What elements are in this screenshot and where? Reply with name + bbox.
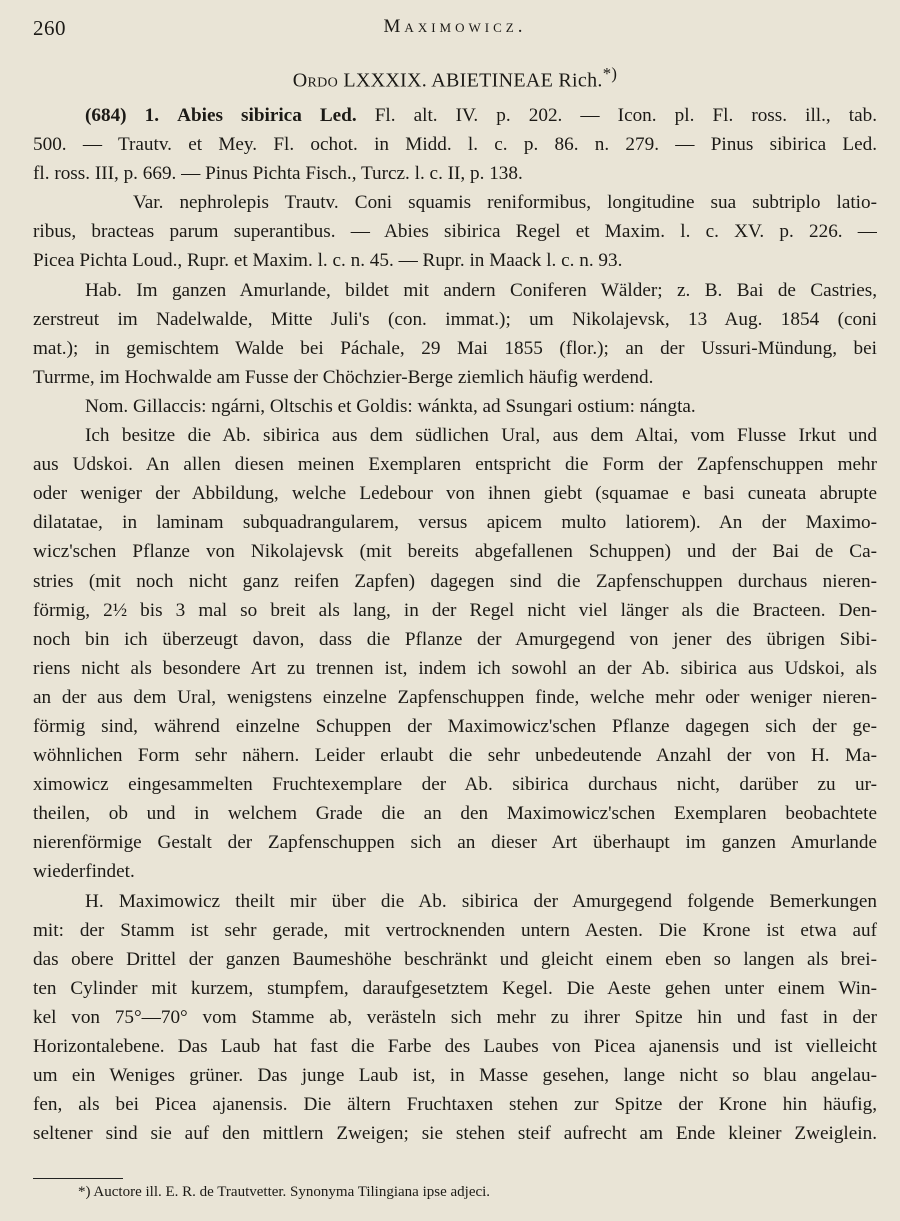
habitat-line: Turrme, im Hochwalde am Fusse der Chöchz… bbox=[33, 363, 877, 392]
entry-line: 500. — Trautv. et Mey. Fl. ochot. in Mid… bbox=[33, 130, 877, 159]
paragraph-line: theilen, ob und in welchem Grade die an … bbox=[33, 799, 877, 828]
footnote-divider bbox=[33, 1178, 123, 1179]
order-heading: Ordo LXXXIX. ABIETINEAE Rich.*) bbox=[33, 64, 877, 93]
paragraph-line: oder weniger der Abbildung, welche Ledeb… bbox=[33, 479, 877, 508]
paragraph-line: mit: der Stamm ist sehr gerade, mit vert… bbox=[33, 916, 877, 945]
variety-line: Picea Pichta Loud., Rupr. et Maxim. l. c… bbox=[33, 246, 877, 275]
paragraph-line: fen, als bei Picea ajanensis. Die ältern… bbox=[33, 1090, 877, 1119]
paragraph-line: aus Udskoi. An allen diesen meinen Exemp… bbox=[33, 450, 877, 479]
paragraph-line: Horizontalebene. Das Laub hat fast die F… bbox=[33, 1032, 877, 1061]
paragraph-line: ten Cylinder mit kurzem, stumpfem, darau… bbox=[33, 974, 877, 1003]
habitat-line: mat.); in gemischtem Walde bei Páchale, … bbox=[33, 334, 877, 363]
paragraph-line: das obere Drittel der ganzen Baumeshöhe … bbox=[33, 945, 877, 974]
paragraph-line: um ein Weniges grüner. Das junge Laub is… bbox=[33, 1061, 877, 1090]
running-head: 260 Maximowicz. bbox=[33, 16, 877, 46]
footnote: *) Auctore ill. E. R. de Trautvetter. Sy… bbox=[78, 1184, 490, 1201]
names-line: Nom. Gillaccis: ngárni, Oltschis et Gold… bbox=[33, 392, 877, 421]
entry-line: fl. ross. III, p. 669. — Pinus Pichta Fi… bbox=[33, 159, 877, 188]
paragraph-line: riens nicht als besondere Art zu trennen… bbox=[33, 654, 877, 683]
paragraph-line: ximowicz eingesammelten Fruchtexemplare … bbox=[33, 770, 877, 799]
running-title: Maximowicz. bbox=[33, 16, 877, 38]
paragraph-line: wiederfindet. bbox=[33, 857, 877, 886]
paragraph-line: wicz'schen Pflanze von Nikolajevsk (mit … bbox=[33, 537, 877, 566]
paragraph-line: förmig sind, während einzelne Schuppen d… bbox=[33, 712, 877, 741]
paragraph-line: förmig, 2½ bis 3 mal so breit als lang, … bbox=[33, 596, 877, 625]
paragraph-line: nierenförmige Gestalt der Zapfenschuppen… bbox=[33, 828, 877, 857]
habitat-line: zerstreut im Nadelwalde, Mitte Juli's (c… bbox=[33, 305, 877, 334]
footnote-marker: *) bbox=[603, 64, 617, 83]
paragraph-line: H. Maximowicz theilt mir über die Ab. si… bbox=[33, 887, 877, 916]
entry-number: (684) bbox=[85, 105, 127, 126]
species-name: Abies sibirica Led. bbox=[177, 105, 357, 126]
order-title: LXXXIX. ABIETINEAE Rich. bbox=[343, 70, 602, 92]
body-text: (684) 1. Abies sibirica Led. Fl. alt. IV… bbox=[33, 101, 877, 1148]
paragraph-line: kel von 75°—70° vom Stamme ab, verästeln… bbox=[33, 1003, 877, 1032]
paragraph-line: noch bin ich überzeugt davon, dass die P… bbox=[33, 625, 877, 654]
variety-line: ribus, bracteas parum superantibus. — Ab… bbox=[33, 217, 877, 246]
habitat-line: Hab. Im ganzen Amurlande, bildet mit and… bbox=[33, 276, 877, 305]
paragraph-line: seltener sind sie auf den mittlern Zweig… bbox=[33, 1119, 877, 1148]
order-prefix: Ordo bbox=[293, 70, 338, 92]
paragraph-line: an der aus dem Ural, wenigstens einzelne… bbox=[33, 683, 877, 712]
variety-line: Var. nephrolepis Trautv. Coni squamis re… bbox=[33, 188, 877, 217]
entry-ref: Fl. alt. IV. p. 202. — Icon. pl. Fl. ros… bbox=[375, 105, 877, 126]
paragraph-line: wöhnlichen Form sehr nähern. Leider erla… bbox=[33, 741, 877, 770]
paragraph-line: Ich besitze die Ab. sibirica aus dem süd… bbox=[33, 421, 877, 450]
paragraph-line: stries (mit noch nicht ganz reifen Zapfe… bbox=[33, 567, 877, 596]
paragraph-line: dilatatae, in laminam subquadrangularem,… bbox=[33, 508, 877, 537]
entry-index: 1. bbox=[145, 105, 159, 126]
entry-line: (684) 1. Abies sibirica Led. Fl. alt. IV… bbox=[33, 101, 877, 130]
